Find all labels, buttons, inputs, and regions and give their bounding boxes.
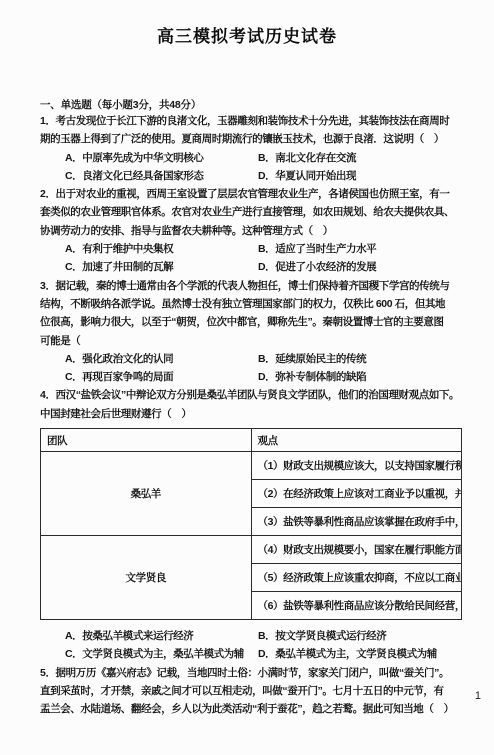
viewpoints-table: 团队 观点 桑弘羊 （1）财政支出规模应该大，以支持国家履行积极的职能。 （2）… [40,428,462,620]
table-header-row: 团队 观点 [41,429,462,452]
team-cell-wenxuexianliang: 文学贤良 [41,536,252,620]
q4-option-a: A．按桑弘羊模式来运行经济 [65,627,258,645]
q2-line-2: 套类似的农业管理职官体系。农官对农业生产进行直接管理，如农田规划、给农夫提供农具… [40,203,468,221]
question-1: 1．考古发现位于长江下游的良渚文化，玉器雕刻和装饰技术十分先进，其装饰技法在商周… [40,112,468,185]
q1-line-1: 1．考古发现位于长江下游的良渚文化，玉器雕刻和装饰技术十分先进，其装饰技法在商周… [40,112,468,130]
table-header-team: 团队 [41,429,252,452]
q1-options-row-1: A．中原率先成为中华文明核心 B．南北文化存在交流 [40,149,468,167]
point-cell-6: （6）盐铁等暴利性商品应该分散给民间经营，不应掌握在国家手中。 [251,592,462,620]
q1-option-b: B．南北文化存在交流 [258,149,356,167]
point-cell-3: （3）盐铁等暴利性商品应该掌握在政府手中，实行国家专营。 [251,508,462,536]
question-4: 4．西汉“盐铁会议”中辩论双方分别是桑弘羊团队与贤良文学团队，他们的治国理财观点… [40,386,468,663]
q4-options-row-1: A．按桑弘羊模式来运行经济 B．按文学贤良模式运行经济 [40,627,468,645]
table-row: 文学贤良 （4）财政支出规模要小，国家在履行职能方面应该持消极主义。 [41,536,462,564]
table-header-viewpoint: 观点 [251,429,462,452]
q1-options-row-2: C．良渚文化已经具备国家形态 D．华夏认同开始出现 [40,167,468,185]
q2-line-1: 2．出于对农业的重视，西周王室设置了层层农官管理农业生产，各诸侯国也仿照王室，有… [40,185,468,203]
q2-option-b: B．适应了当时生产力水平 [258,240,376,258]
q1-option-d: D．华夏认同开始出现 [258,167,356,185]
q3-line-4: 可能是（ [40,332,468,350]
page-title: 高三模拟考试历史试卷 [40,22,454,47]
q4-option-b: B．按文学贤良模式运行经济 [258,627,386,645]
q4-line-2: 中国封建社会后世理财遵行（ ） [40,405,468,423]
q4-options-row-2: C．文学贤良模式为主，桑弘羊模式为辅 D．桑弘羊模式为主，文学贤良模式为辅 [40,645,468,663]
q2-line-3: 协调劳动力的安排、指导与监督农夫耕种等。这种管理方式（ ） [40,222,468,240]
q5-line-2: 直到采茧时，才开禁，亲戚之间才可以互相走动，叫做“蚕开门”。七月十五日的中元节，… [40,682,468,700]
q3-line-3: 位很高，影响力很大，以至于“朝贺，位次中都官，卿称先生”。秦朝设置博士官的主要意… [40,313,468,331]
q3-options-row-2: C．再现百家争鸣的局面 D．弥补专制体制的缺陷 [40,368,468,386]
q2-option-a: A．有利于维护中央集权 [65,240,258,258]
point-cell-2: （2）在经济政策上应该对工商业予以重视，并使之成为财政收入的主要来源。 [251,480,462,508]
q3-option-b: B．延续原始民主的传统 [258,350,366,368]
question-3: 3．据记载，秦的博士通常由各个学派的代表人物担任，博士们保持着齐国稷下学宫的传统… [40,277,468,387]
q5-line-1: 5．据明万历《嘉兴府志》记载，当地四时土俗：小满时节，家家关门闭户，叫做“蚕关门… [40,664,468,682]
q3-option-d: D．弥补专制体制的缺陷 [258,368,366,386]
q1-option-a: A．中原率先成为中华文明核心 [65,149,258,167]
q1-line-2: 期的玉器上得到了广泛的使用。夏商周时期流行的镶嵌玉技术，也源于良渚．这说明（ ） [40,130,468,148]
team-cell-sanghongyang: 桑弘羊 [41,452,252,536]
q2-option-d: D．促进了小农经济的发展 [258,258,376,276]
question-5: 5．据明万历《嘉兴府志》记载，当地四时土俗：小满时节，家家关门闭户，叫做“蚕关门… [40,664,468,719]
q5-line-3: 盂兰会、水陆道场、翻经会，乡人以为此类活动“利于蚕花”，趋之若鹜。据此可知当地（… [40,700,468,718]
q2-options-row-2: C．加速了井田制的瓦解 D．促进了小农经济的发展 [40,258,468,276]
section-header: 一、单选题（每小题3分，共48分） [40,97,468,112]
point-cell-1: （1）财政支出规模应该大，以支持国家履行积极的职能。 [251,452,462,480]
q3-line-2: 结构，不断吸纳各派学说。虽然博士没有独立管理国家部门的权力，仅秩比 600 石，… [40,295,468,313]
point-cell-5: （5）经济政策上应该重农抑商，不应以工商业作为财政收入的重要来源。 [251,564,462,592]
q2-option-c: C．加速了井田制的瓦解 [65,258,258,276]
q1-option-c: C．良渚文化已经具备国家形态 [65,167,258,185]
exam-document: 高三模拟考试历史试卷 一、单选题（每小题3分，共48分） 1．考古发现位于长江下… [0,0,494,755]
q3-options-row-1: A．强化政治文化的认同 B．延续原始民主的传统 [40,350,468,368]
q3-option-a: A．强化政治文化的认同 [65,350,258,368]
question-2: 2．出于对农业的重视，西周王室设置了层层农官管理农业生产，各诸侯国也仿照王室，有… [40,185,468,276]
q4-option-c: C．文学贤良模式为主，桑弘羊模式为辅 [65,645,258,663]
q4-line-1: 4．西汉“盐铁会议”中辩论双方分别是桑弘羊团队与贤良文学团队，他们的治国理财观点… [40,386,468,404]
q3-line-1: 3．据记载，秦的博士通常由各个学派的代表人物担任，博士们保持着齐国稷下学宫的传统… [40,277,468,295]
q2-options-row-1: A．有利于维护中央集权 B．适应了当时生产力水平 [40,240,468,258]
table-row: 桑弘羊 （1）财政支出规模应该大，以支持国家履行积极的职能。 [41,452,462,480]
point-cell-4: （4）财政支出规模要小，国家在履行职能方面应该持消极主义。 [251,536,462,564]
page-number: 1 [475,690,481,702]
q4-option-d: D．桑弘羊模式为主，文学贤良模式为辅 [258,645,437,663]
q3-option-c: C．再现百家争鸣的局面 [65,368,258,386]
